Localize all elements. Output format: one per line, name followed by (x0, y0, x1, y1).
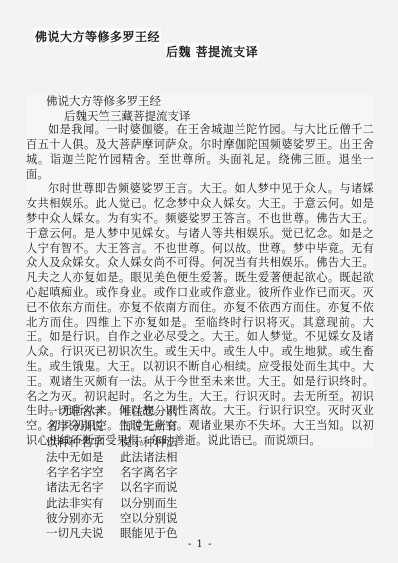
verse-line: 此法非实有 以分别而生 (44, 496, 210, 511)
verse-left: 法中无如是 (44, 450, 120, 465)
verse-block: 一切唯名字 唯住想分别 名字分别说 而说无所有 以种种名字 说于种种法 法中无如… (44, 404, 210, 542)
sutra-title: 佛说大方等修多罗王经 (26, 94, 374, 109)
verse-line: 法中无如是 此法诸法相 (44, 450, 210, 465)
sutra-translator: 后魏天竺三藏菩提流支译 (26, 109, 374, 124)
verse-line: 名字名字空 名字离名字 (44, 465, 210, 480)
verse-left: 彼分别亦无 (44, 511, 120, 526)
verse-line: 一切唯名字 唯住想分别 (44, 404, 210, 419)
verse-left: 一切唯名字 (44, 404, 120, 419)
page-number: - 1 - (188, 539, 212, 550)
verse-line: 彼分别亦无 空以分别说 (44, 511, 210, 526)
verse-left: 一切凡夫说 (44, 526, 120, 541)
verse-right: 以名字而说 (120, 480, 210, 495)
verse-right: 唯住想分别 (120, 404, 210, 419)
document-translator: 后魏 菩提流支译 (165, 43, 259, 60)
verse-line: 一切凡夫说 眼能见于色 (44, 526, 210, 541)
verse-left: 此法非实有 (44, 496, 120, 511)
verse-left: 以种种名字 (44, 435, 120, 450)
verse-right: 空以分别说 (120, 511, 210, 526)
verse-right: 说于种种法 (120, 435, 210, 450)
verse-line: 诸法无名字 以名字而说 (44, 480, 210, 495)
document-title: 佛说大方等修多罗王经 (34, 28, 161, 45)
verse-right: 名字离名字 (120, 465, 210, 480)
verse-line: 以种种名字 说于种种法 (44, 435, 210, 450)
paragraph-opening: 如是我闻。一时婆伽婆。在王舍城迦兰陀竹园。与大比丘僧千二百五十人俱。及大菩萨摩诃… (26, 123, 374, 182)
verse-left: 名字分别说 (44, 419, 120, 434)
verse-left: 名字名字空 (44, 465, 120, 480)
verse-right: 而说无所有 (120, 419, 210, 434)
verse-left: 诸法无名字 (44, 480, 120, 495)
sutra-body: 佛说大方等修多罗王经 后魏天竺三藏菩提流支译 如是我闻。一时婆伽婆。在王舍城迦兰… (26, 94, 374, 449)
verse-right: 此法诸法相 (120, 450, 210, 465)
verse-line: 名字分别说 而说无所有 (44, 419, 210, 434)
verse-right: 以分别而生 (120, 496, 210, 511)
